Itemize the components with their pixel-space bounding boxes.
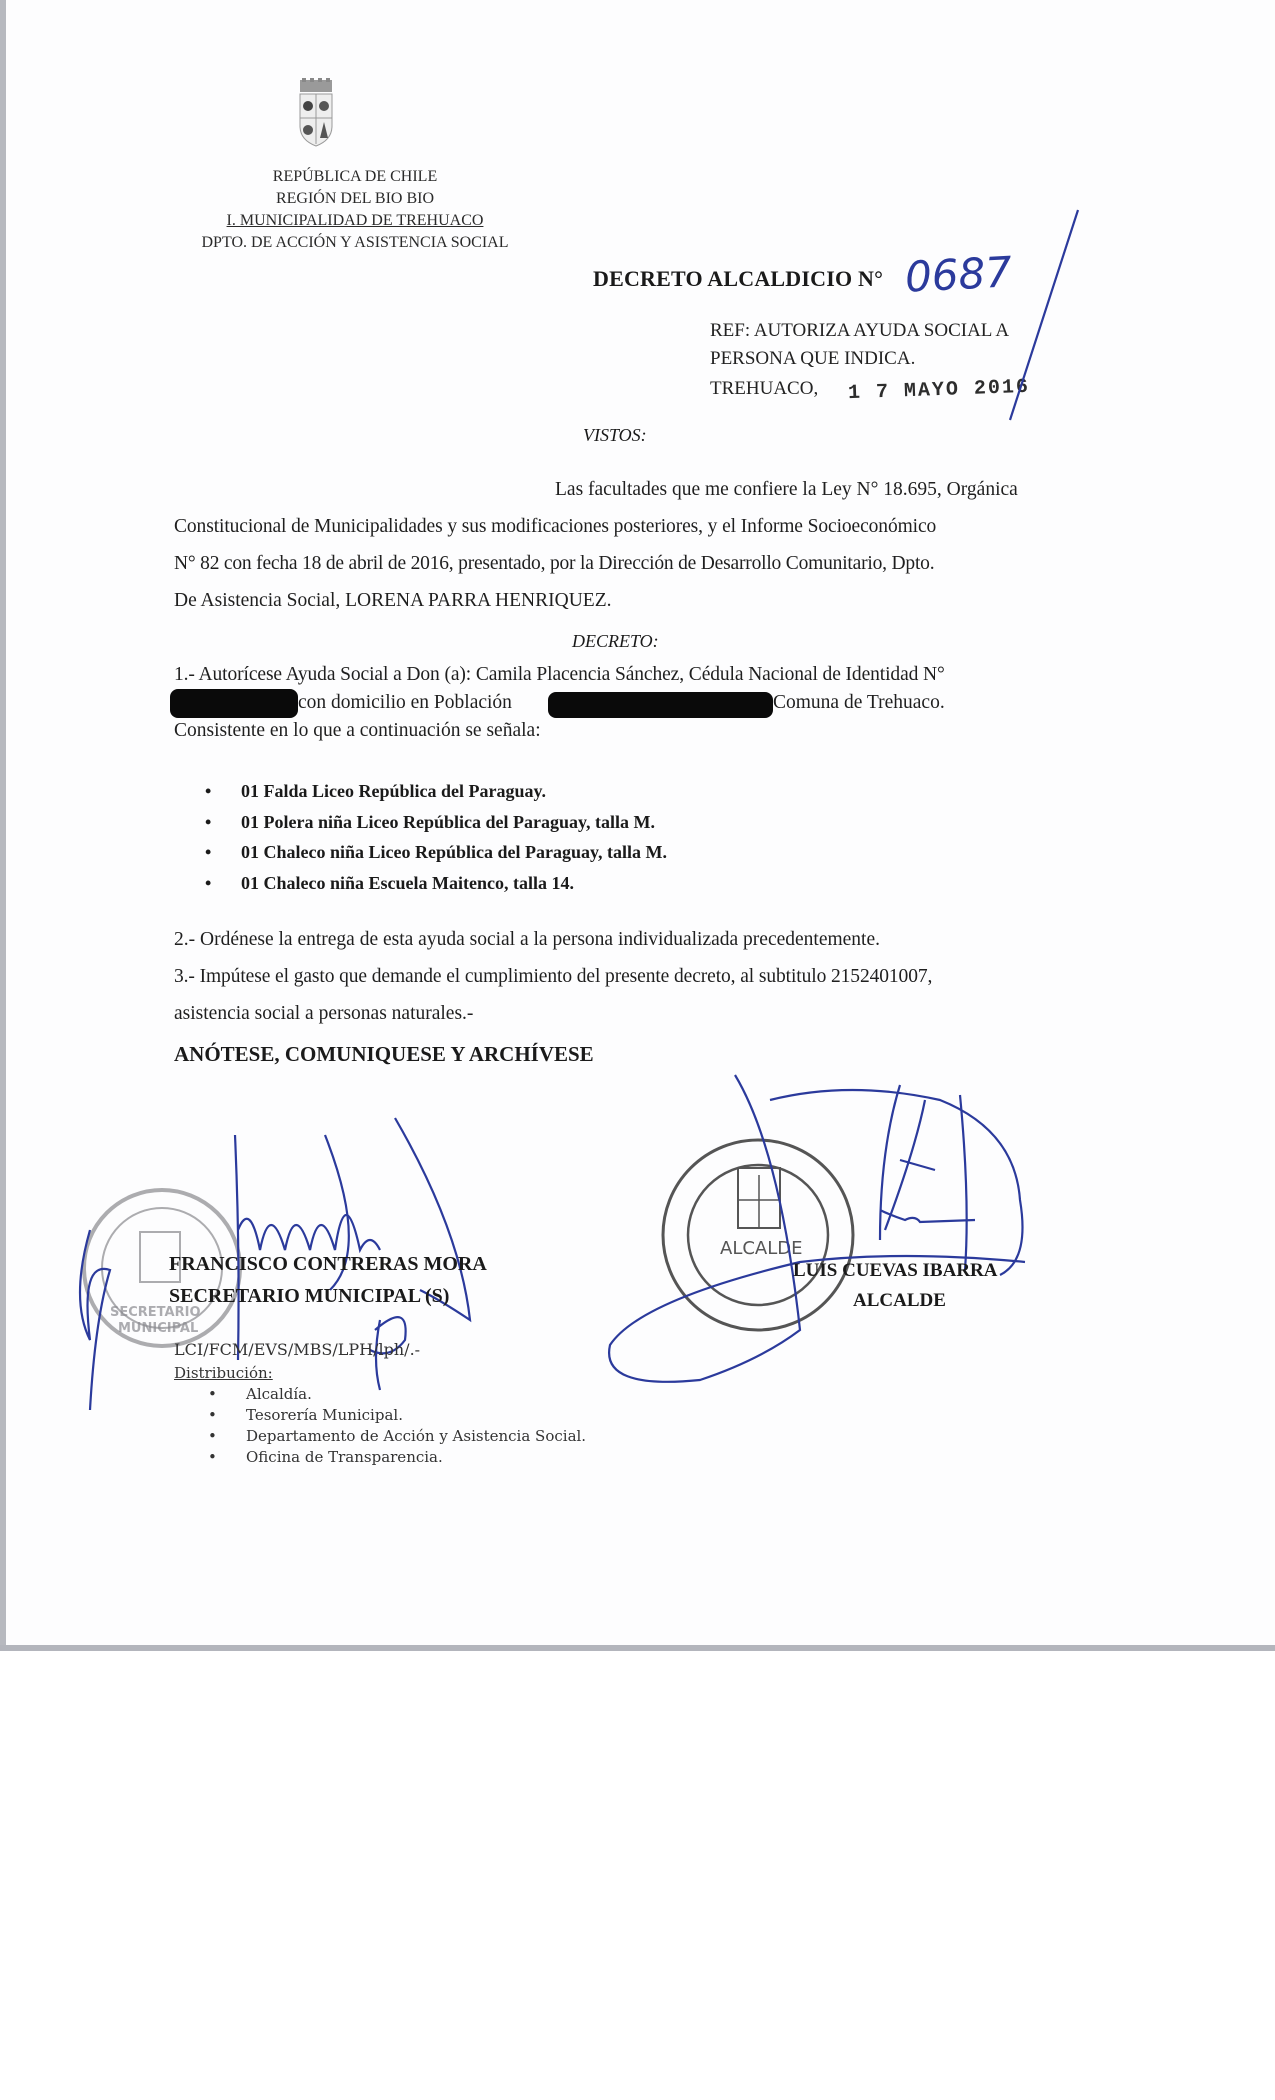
distribution-block: Distribución: Alcaldía. Tesorería Munici… (174, 1363, 586, 1468)
header-line: REGIÓN DEL BIO BIO (175, 188, 535, 210)
vistos-line: Las facultades que me confiere la Ley N°… (555, 479, 1018, 501)
redacted-id-number (170, 689, 298, 718)
ref-place: TREHUACO, (710, 375, 818, 403)
header-line: REPÚBLICA DE CHILE (175, 166, 535, 188)
typist-initials: LCI/FCM/EVS/MBS/LPH/lph/.- (174, 1340, 420, 1359)
distribution-list: Alcaldía. Tesorería Municipal. Departame… (174, 1384, 586, 1468)
secretary-name: FRANCISCO CONTRERAS MORA (169, 1253, 487, 1276)
mayor-stamp-icon (663, 1140, 853, 1330)
vistos-heading: VISTOS: (583, 425, 647, 446)
aid-items-list: 01 Falda Liceo República del Paraguay. 0… (205, 776, 667, 898)
decreto-point-1-address: con domicilio en Población (298, 692, 512, 714)
distribution-item: Alcaldía. (174, 1384, 586, 1405)
aid-item: 01 Polera niña Liceo República del Parag… (205, 807, 667, 838)
header-line: DPTO. DE ACCIÓN Y ASISTENCIA SOCIAL (175, 232, 535, 254)
distribution-item: Tesorería Municipal. (174, 1405, 586, 1426)
decreto-heading: DECRETO: (572, 631, 659, 652)
decreto-point-3-cont: asistencia social a personas naturales.- (174, 1003, 473, 1025)
aid-item: 01 Chaleco niña Escuela Maitenco, talla … (205, 868, 667, 899)
vistos-line: N° 82 con fecha 18 de abril de 2016, pre… (174, 553, 934, 575)
vistos-line: De Asistencia Social, LORENA PARRA HENRI… (174, 590, 611, 612)
decree-number-handwritten: 0687 (904, 247, 1013, 302)
secretary-role: SECRETARIO MUNICIPAL (S) (169, 1285, 449, 1308)
header-line: I. MUNICIPALIDAD DE TREHUACO (175, 210, 535, 232)
scanned-page: REPÚBLICA DE CHILE REGIÓN DEL BIO BIO I.… (0, 0, 1275, 1651)
decreto-point-1: 1.- Autorícese Ayuda Social a Don (a): C… (174, 664, 945, 686)
closing-formula: ANÓTESE, COMUNIQUESE Y ARCHÍVESE (174, 1042, 594, 1067)
mayor-name: LUIS CUEVAS IBARRA (793, 1260, 997, 1282)
institution-header: REPÚBLICA DE CHILE REGIÓN DEL BIO BIO I.… (175, 166, 535, 254)
ref-line-2: PERSONA QUE INDICA. (710, 345, 915, 373)
vistos-line: Constitucional de Municipalidades y sus … (174, 516, 936, 538)
date-stamp: 1 7 MAYO 2016 (848, 376, 1031, 405)
decreto-point-1-intro: Consistente en lo que a continuación se … (174, 720, 541, 742)
decreto-point-2: 2.- Ordénese la entrega de esta ayuda so… (174, 929, 880, 951)
svg-text:MUNICIPAL: MUNICIPAL (118, 1321, 198, 1336)
decreto-point-3: 3.- Impútese el gasto que demande el cum… (174, 966, 932, 988)
mayor-role: ALCALDE (853, 1290, 946, 1312)
decree-title-label: DECRETO ALCALDICIO N° (593, 266, 883, 291)
redacted-address (548, 692, 773, 718)
coat-of-arms-icon (296, 78, 336, 148)
aid-item: 01 Falda Liceo República del Paraguay. (205, 776, 667, 807)
distribution-item: Oficina de Transparencia. (174, 1447, 586, 1468)
aid-item: 01 Chaleco niña Liceo República del Para… (205, 837, 667, 868)
distribution-heading: Distribución: (174, 1363, 586, 1384)
svg-text:ALCALDE: ALCALDE (720, 1238, 803, 1259)
decree-title: DECRETO ALCALDICIO N° (593, 266, 883, 292)
ref-line-1: REF: AUTORIZA AYUDA SOCIAL A (710, 317, 1009, 345)
distribution-item: Departamento de Acción y Asistencia Soci… (174, 1426, 586, 1447)
decreto-point-1-commune: Comuna de Trehuaco. (773, 692, 945, 714)
